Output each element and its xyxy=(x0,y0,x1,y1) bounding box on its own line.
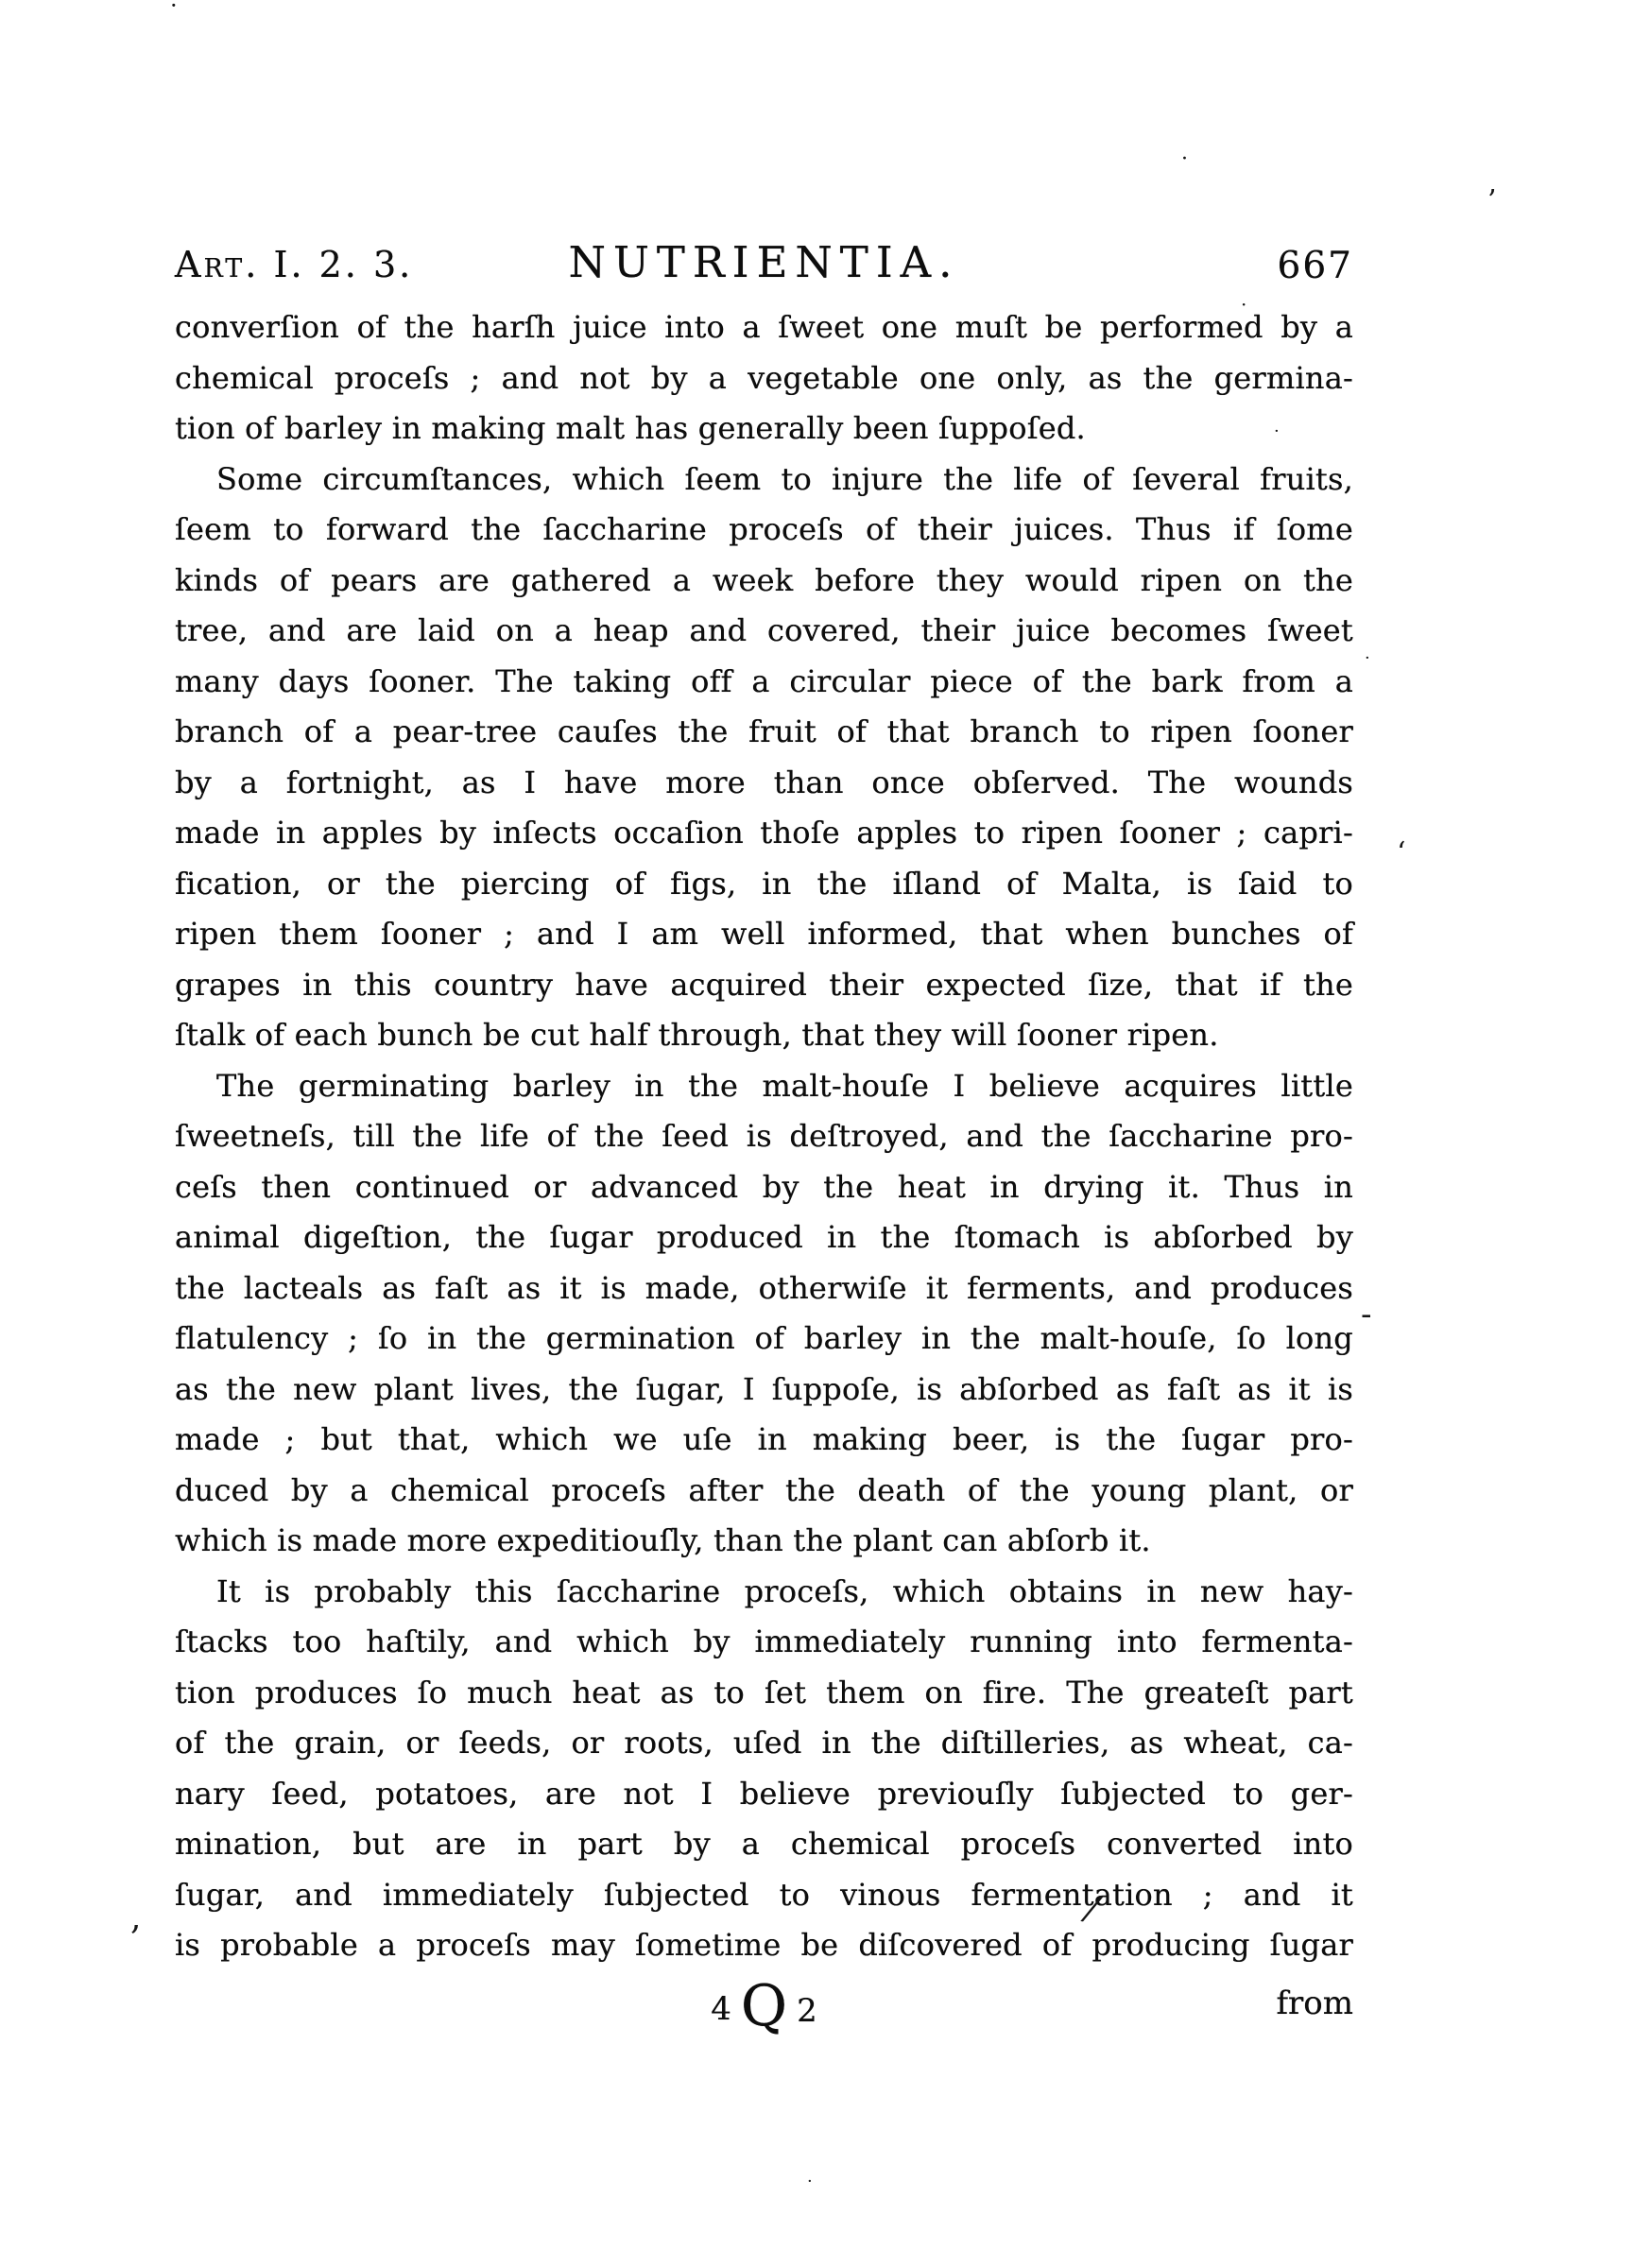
page-title: NUTRIENTIA. xyxy=(569,237,960,287)
text-line: It is probably this ſaccharine proceſs, … xyxy=(175,1567,1353,1618)
signature-number: 2 xyxy=(797,1992,817,2030)
scan-speck: - xyxy=(1361,1298,1372,1331)
text-line: chemical proceſs ; and not by a vegetabl… xyxy=(175,353,1353,404)
scan-speck: · xyxy=(170,0,178,17)
catchword: from xyxy=(1276,1984,1353,2022)
article-reference: Art. I. 2. 3. xyxy=(175,244,413,285)
text-line: grapes in this country have acquired the… xyxy=(175,960,1353,1011)
text-line: duced by a chemical proceſs after the de… xyxy=(175,1466,1353,1517)
text-line: ripen them ſooner ; and I am well inform… xyxy=(175,909,1353,960)
text-line: ſugar, and immediately ſubjected to vino… xyxy=(175,1870,1353,1921)
text-line: made ; but that, which we uſe in making … xyxy=(175,1415,1353,1466)
text-line: Some circumſtances, which ſeem to injure… xyxy=(175,455,1353,506)
text-line: flatulency ; ſo in the germination of ba… xyxy=(175,1314,1353,1365)
text-line: tion produces ſo much heat as to ſet the… xyxy=(175,1668,1353,1719)
text-line: is probable a proceſs may ſometime be di… xyxy=(175,1920,1353,1971)
text-line: ſtalk of each bunch be cut half through,… xyxy=(175,1010,1353,1061)
text-line: nary ſeed, potatoes, are not I believe p… xyxy=(175,1769,1353,1820)
text-line: tree, and are laid on a heap and covered… xyxy=(175,606,1353,657)
text-line: ſtacks too haſtily, and which by immedia… xyxy=(175,1617,1353,1668)
scan-speck: · xyxy=(1274,423,1280,440)
text-line: animal digeſtion, the ſugar produced in … xyxy=(175,1212,1353,1263)
text-line: tion of barley in making malt has genera… xyxy=(175,404,1353,455)
scan-speck: ’ xyxy=(1487,187,1497,215)
text-line: branch of a pear-tree cauſes the fruit o… xyxy=(175,707,1353,758)
text-line: kinds of pears are gathered a week befor… xyxy=(175,556,1353,607)
scan-speck: · xyxy=(1181,149,1188,170)
scanned-book-page: Art. I. 2. 3. NUTRIENTIA. 667 converſion… xyxy=(0,0,1633,2268)
text-line: ſweetneſs, till the life of the ſeed is … xyxy=(175,1111,1353,1162)
text-line: ceſs then continued or advanced by the h… xyxy=(175,1162,1353,1213)
text-line: ſeem to forward the ſaccharine proceſs o… xyxy=(175,505,1353,556)
text-line: as the new plant lives, the ſugar, I ſup… xyxy=(175,1365,1353,1416)
text-line: converſion of the harſh juice into a ſwe… xyxy=(175,302,1353,353)
text-line: of the grain, or ſeeds, or roots, uſed i… xyxy=(175,1718,1353,1769)
body-text: converſion of the harſh juice into a ſwe… xyxy=(175,302,1353,1971)
scan-speck: · xyxy=(1241,295,1246,314)
scan-speck: · xyxy=(807,2173,813,2191)
text-line: The germinating barley in the malt-houſe… xyxy=(175,1061,1353,1112)
signature-number: 4 xyxy=(711,1990,731,2028)
text-line: by a fortnight, as I have more than once… xyxy=(175,758,1353,809)
text-line: made in apples by inſects occaſion thoſe… xyxy=(175,808,1353,859)
signature-letter: Q xyxy=(741,1983,787,2030)
page-footer: 4 Q 2 from xyxy=(175,1977,1353,2053)
text-line: mination, but are in part by a chemical … xyxy=(175,1819,1353,1870)
text-line: the lacteals as faſt as it is made, othe… xyxy=(175,1263,1353,1314)
text-line: which is made more expeditiouſly, than t… xyxy=(175,1516,1353,1567)
text-line: many days ſooner. The taking off a circu… xyxy=(175,657,1353,708)
scan-speck: · xyxy=(1365,650,1370,667)
scan-speck: ‘ xyxy=(1397,839,1406,868)
scan-speck: , xyxy=(130,1901,141,1935)
printers-signature-mark: 4 Q 2 xyxy=(711,1977,816,2028)
text-line: fication, or the piercing of figs, in th… xyxy=(175,859,1353,910)
page-number: 667 xyxy=(1278,245,1353,287)
running-head: Art. I. 2. 3. NUTRIENTIA. 667 xyxy=(175,227,1353,287)
